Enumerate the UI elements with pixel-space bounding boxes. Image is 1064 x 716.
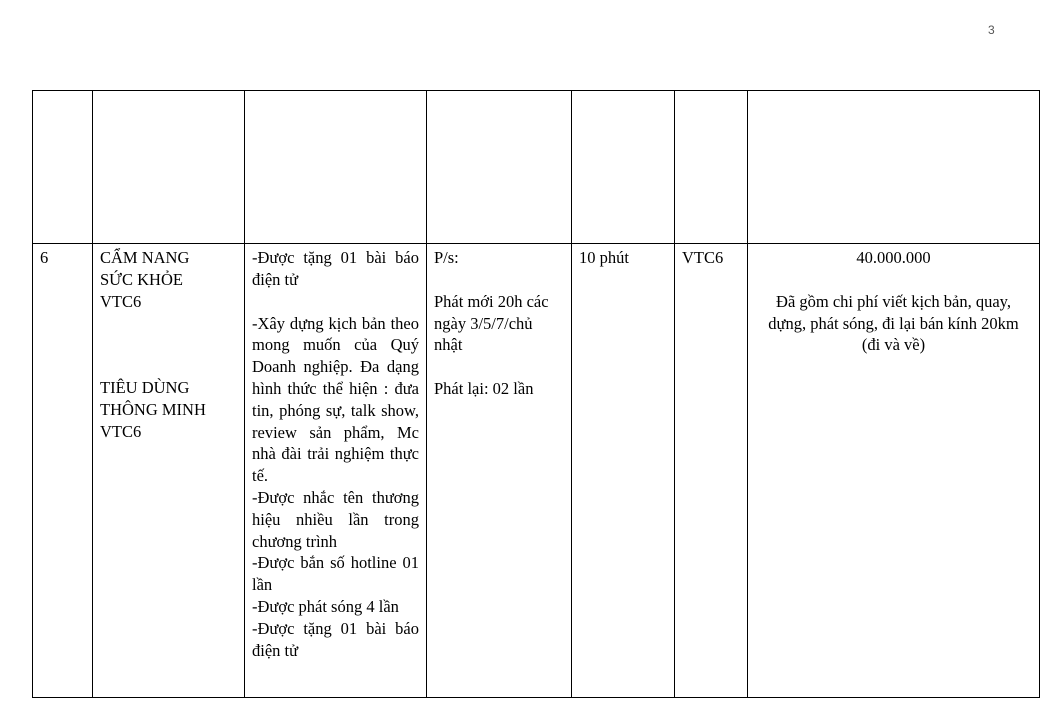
- program-name-line: SỨC KHỎE: [100, 269, 237, 291]
- schedule-cell: P/s: Phát mới 20h các ngày 3/5/7/chủ nhậ…: [427, 244, 572, 698]
- table-cell: [93, 91, 245, 244]
- benefit-item: -Được nhắc tên thương hiệu nhiều lần tro…: [252, 487, 419, 552]
- table-cell: [427, 91, 572, 244]
- table-cell: [675, 91, 748, 244]
- schedule-first-air: Phát mới 20h các ngày 3/5/7/chủ nhật: [434, 291, 564, 356]
- benefit-item: -Xây dựng kịch bản theo mong muốn của Qu…: [252, 313, 419, 487]
- page-number: 3: [988, 23, 995, 37]
- benefit-intro: -Được tặng 01 bài báo điện tử: [252, 247, 419, 291]
- benefit-item: -Được bắn số hotline 01 lần: [252, 552, 419, 596]
- schedule-label: P/s:: [434, 247, 564, 269]
- program-name-line: VTC6: [100, 421, 237, 443]
- table-cell: [33, 91, 93, 244]
- schedule-replay: Phát lại: 02 lần: [434, 378, 564, 400]
- table-cell: [748, 91, 1040, 244]
- program-cell: CẨM NANG SỨC KHỎE VTC6 TIÊU DÙNG THÔNG M…: [93, 244, 245, 698]
- row-index: 6: [33, 244, 92, 269]
- price-value: 40.000.000: [758, 247, 1029, 269]
- benefit-item: -Được phát sóng 4 lần: [252, 596, 419, 618]
- program-name-line: CẨM NANG: [100, 247, 237, 269]
- table-row-continued: [33, 91, 1040, 244]
- duration-cell: 10 phút: [572, 244, 675, 698]
- channel-cell: VTC6: [675, 244, 748, 698]
- program-name-line: TIÊU DÙNG: [100, 377, 237, 399]
- duration: 10 phút: [572, 244, 674, 269]
- table-cell: [245, 91, 427, 244]
- channel: VTC6: [675, 244, 747, 269]
- price-cell: 40.000.000 Đã gồm chi phí viết kịch bản,…: [748, 244, 1040, 698]
- price-note: Đã gồm chi phí viết kịch bản, quay, dựng…: [758, 291, 1029, 356]
- row-index-cell: 6: [33, 244, 93, 698]
- pricing-table: 6 CẨM NANG SỨC KHỎE VTC6 TIÊU DÙNG THÔNG…: [32, 90, 1040, 698]
- benefits-cell: -Được tặng 01 bài báo điện tử -Xây dựng …: [245, 244, 427, 698]
- benefit-item: -Được tặng 01 bài báo điện tử: [252, 618, 419, 662]
- program-name-line: THÔNG MINH: [100, 399, 237, 421]
- program-name-line: VTC6: [100, 291, 237, 313]
- table-cell: [572, 91, 675, 244]
- table-row: 6 CẨM NANG SỨC KHỎE VTC6 TIÊU DÙNG THÔNG…: [33, 244, 1040, 698]
